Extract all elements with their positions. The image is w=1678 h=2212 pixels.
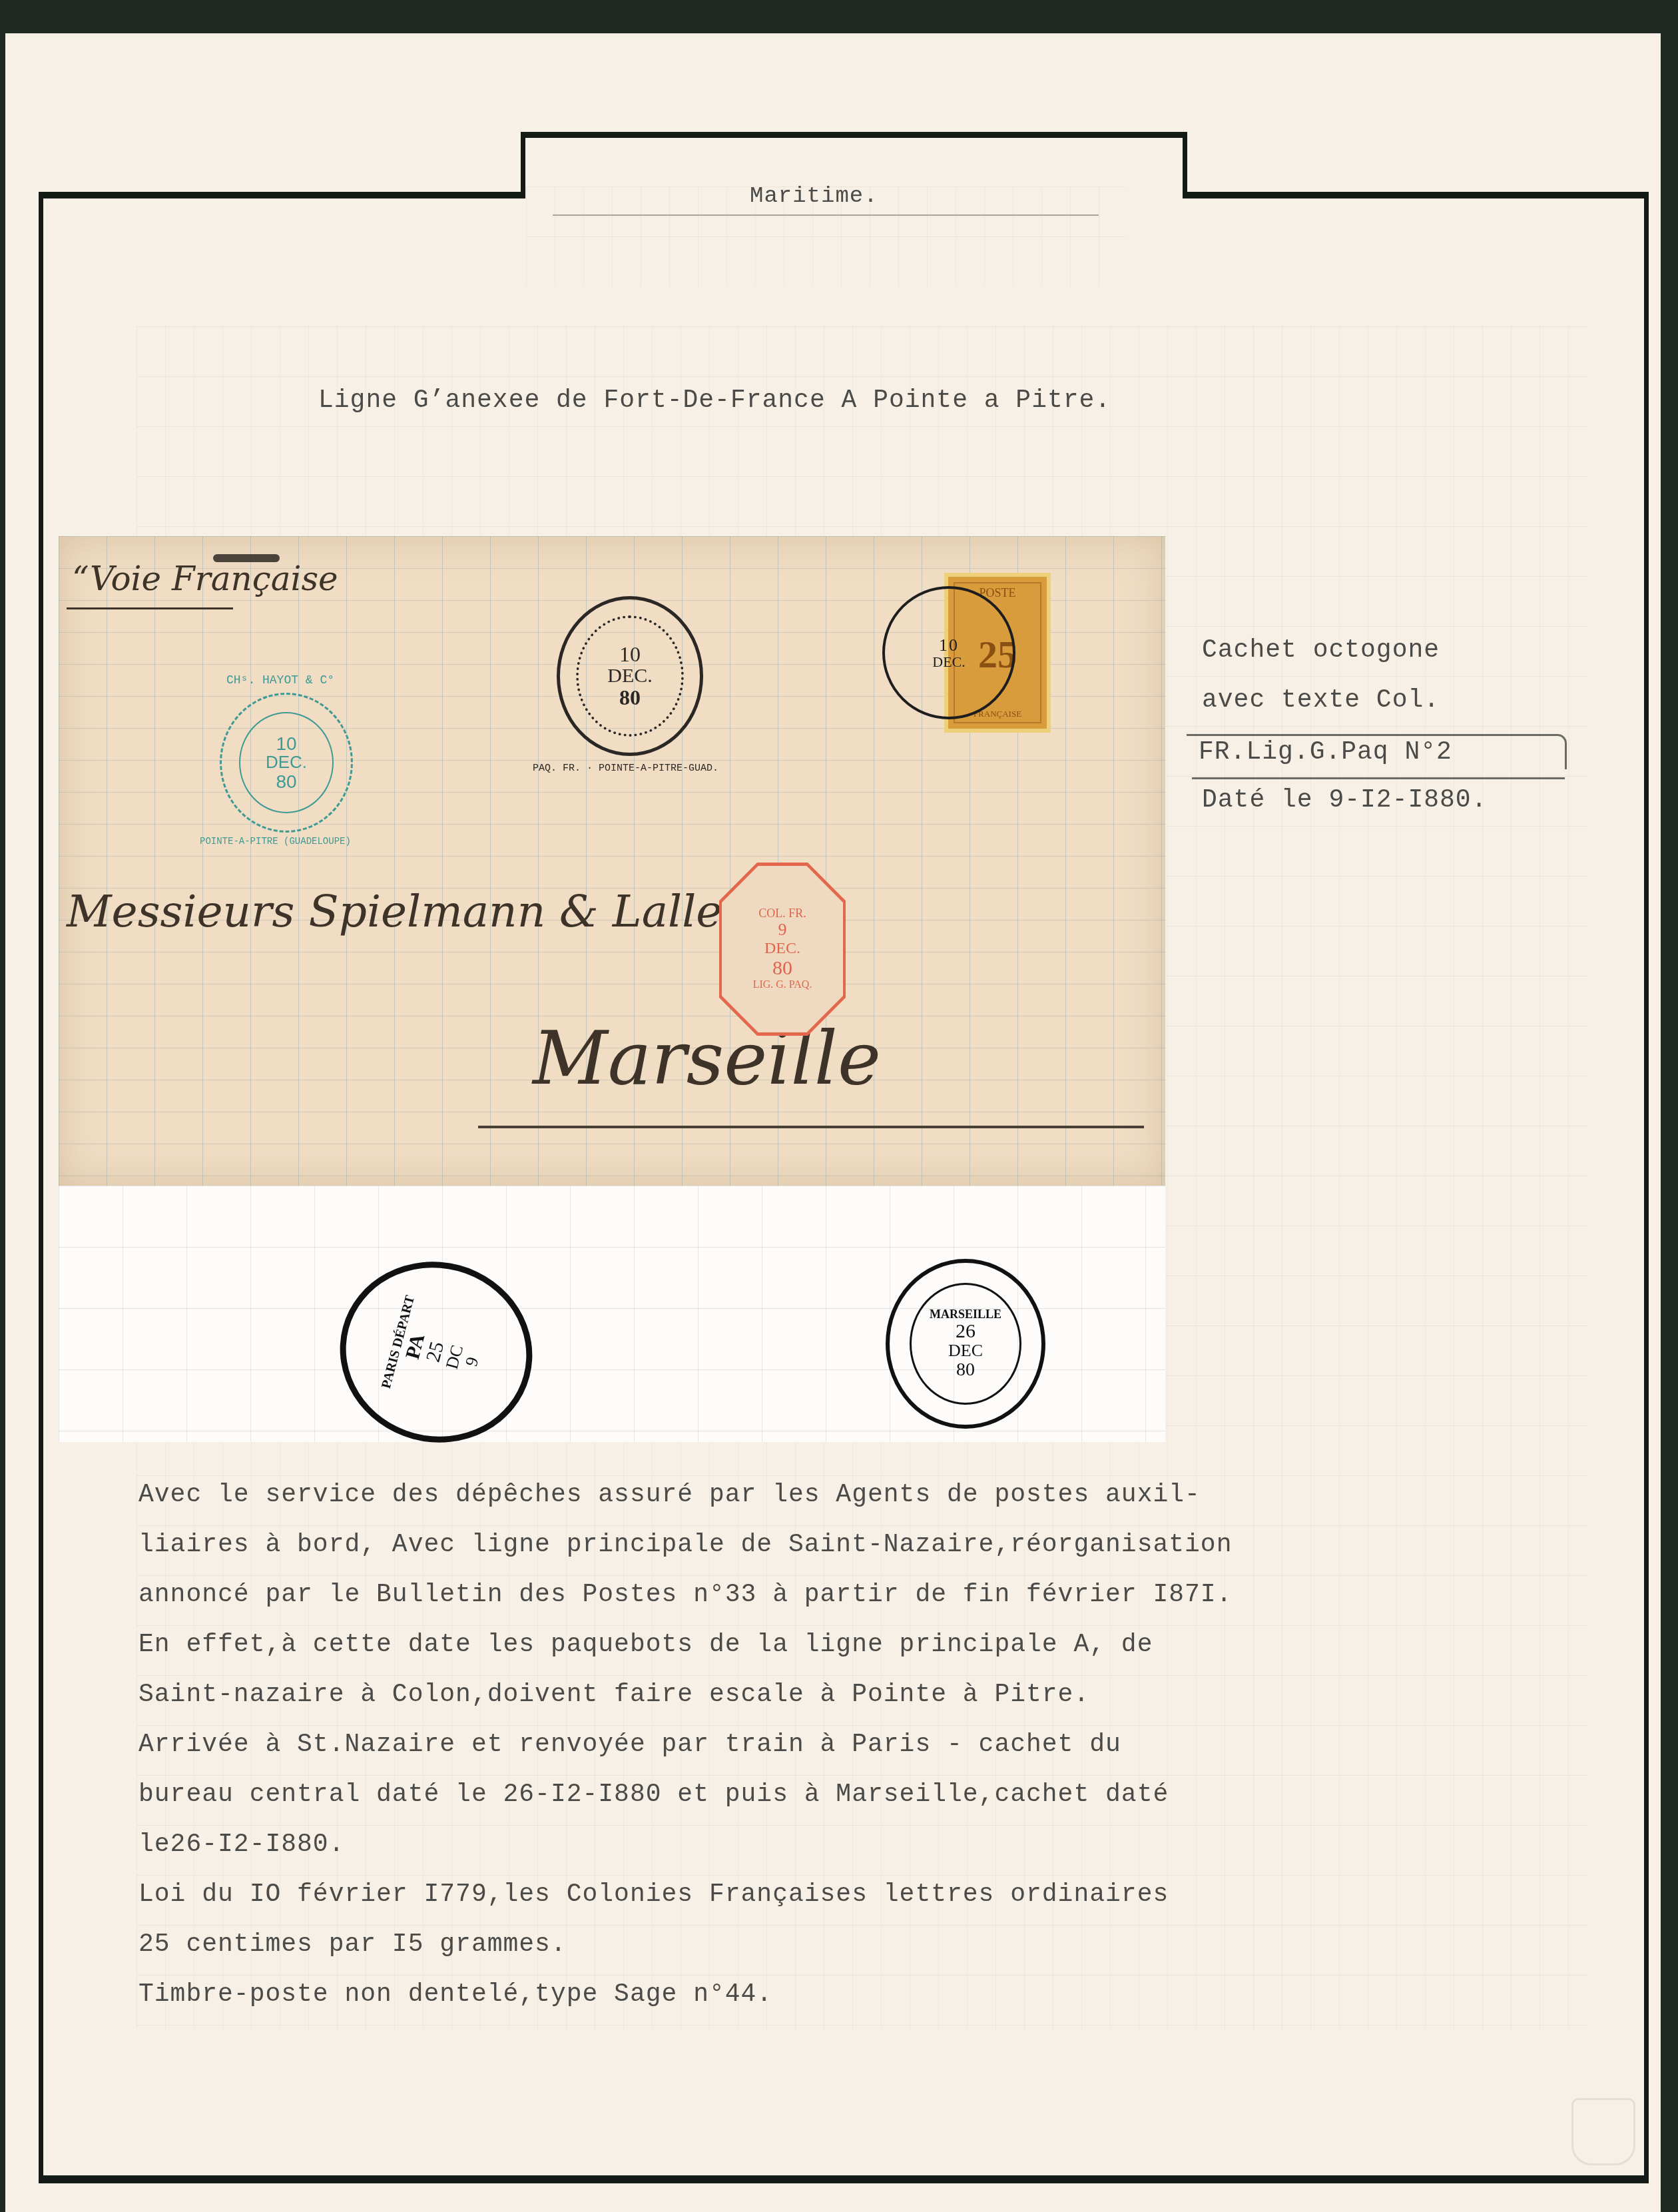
frame-right <box>1644 192 1649 2183</box>
page-subtitle: Ligne G’anexee de Fort-De-France A Point… <box>318 386 1111 415</box>
paquebot-ring-text: PAQ. FR. · POINTE-A-PITRE-GUAD. <box>533 763 718 774</box>
body-line: annoncé par le Bulletin des Postes n°33 … <box>139 1581 1232 1609</box>
frame-left <box>39 192 43 2180</box>
hayot-ring-bottom: POINTE-A-PITRE (GUADELOUPE) <box>200 837 351 847</box>
side-note-line-4: Daté le 9-I2-I880. <box>1202 786 1487 815</box>
postmark-octagon: COL. FR. 9 DEC. 80 LIG. G. PAQ. <box>722 866 843 1032</box>
paris-line4: 9 <box>462 1355 482 1369</box>
octagon-top: COL. FR. <box>758 907 806 921</box>
body-line: Timbre-poste non dentelé,type Sage n°44. <box>139 1980 772 2009</box>
routing-underline <box>67 607 233 609</box>
octagon-year: 80 <box>772 957 792 979</box>
body-line: 25 centimes par I5 grammes. <box>139 1930 567 1959</box>
city-underline <box>478 1126 1144 1128</box>
postmark-stamp-cancel: 10 DEC. <box>882 586 1015 719</box>
body-line: le26-I2-I880. <box>139 1830 344 1859</box>
heading-underline <box>553 214 1099 216</box>
frame-tab-right <box>1183 132 1187 198</box>
side-note-line-2: avec texte Col. <box>1202 686 1440 715</box>
body-line: liaires à bord, Avec ligne principale de… <box>139 1531 1232 1559</box>
side-note-line-3: FR.Lig.G.Paq N°2 <box>1199 738 1452 767</box>
postmark-hayot: 10 DEC. 80 <box>220 693 353 833</box>
frame-top-tab <box>523 132 1187 138</box>
routing-note: “Voie Française <box>72 559 338 598</box>
body-line: bureau central daté le 26-I2-I880 et pui… <box>139 1780 1169 1809</box>
octagon-day: 9 <box>778 921 787 940</box>
hayot-ring-top: CHˢ. HAYOT & C° <box>226 674 334 687</box>
body-line: Avec le service des dépêches assuré par … <box>139 1481 1201 1509</box>
frame-tab-left <box>521 132 525 198</box>
postmark-paquebot: 10 DEC. 80 <box>557 596 703 756</box>
destination-city: Marseille <box>533 1016 881 1101</box>
body-line: En effet,à cette date les paquebots de l… <box>139 1631 1153 1659</box>
body-line: Saint-nazaire à Colon,doivent faire esca… <box>139 1680 1089 1709</box>
ink-smudge <box>213 554 280 562</box>
album-crest-watermark <box>1571 2098 1635 2165</box>
frame-top-left <box>39 192 525 198</box>
octagon-month: DEC. <box>764 940 800 957</box>
body-line: Arrivée à St.Nazaire et renvoyée par tra… <box>139 1730 1121 1759</box>
frame-bottom <box>39 2175 1649 2183</box>
body-line: Loi du IO février I779,les Colonies Fran… <box>139 1880 1169 1909</box>
side-note-underline <box>1192 777 1565 779</box>
side-note-line-1: Cachet octogone <box>1202 636 1440 665</box>
octagon-bottom: LIG. G. PAQ. <box>753 979 812 991</box>
page-heading: Maritime. <box>750 184 878 209</box>
postmark-marseille: MARSEILLE 26 DEC 80 <box>886 1259 1045 1429</box>
frame-top-right <box>1183 192 1649 198</box>
